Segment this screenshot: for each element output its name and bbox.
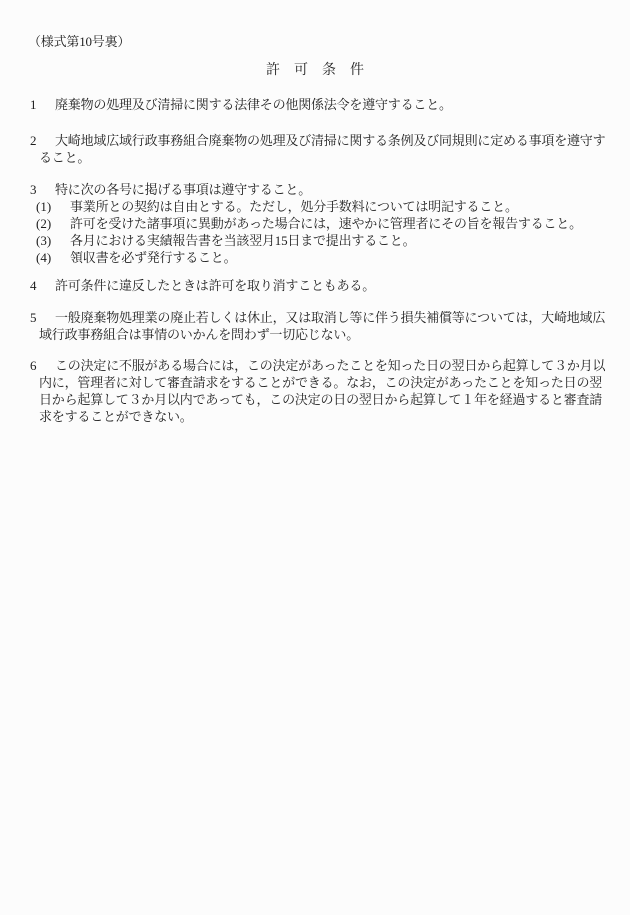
subitem-1: (1)事業所との契約は自由とする。ただし，処分手数料については明記すること。 [28, 198, 602, 215]
item-text-line: 求をすることができない。 [28, 408, 602, 425]
item-text-line: 一般廃棄物処理業の廃止若しくは休止，又は取消し等に伴う損失補償等については，大崎… [55, 310, 605, 325]
item-number: 2 [30, 132, 55, 149]
subitem-text: 各月における実績報告書を当該翌月15日まで提出すること。 [70, 233, 415, 248]
document-title: 許 可 条 件 [28, 62, 602, 80]
item-text-line: 特に次の各号に掲げる事項は遵守すること。 [55, 182, 311, 197]
item-text-line: 廃棄物の処理及び清掃に関する法律その他関係法令を遵守すること。 [55, 97, 452, 112]
item-text-line: 域行政事務組合は事情のいかんを問わず一切応じない。 [28, 326, 602, 343]
condition-item-2: 2大崎地域広域行政事務組合廃棄物の処理及び清掃に関する条例及び同規則に定める事項… [28, 132, 602, 166]
condition-item-6: 6この決定に不服がある場合には，この決定があったことを知った日の翌日から起算して… [28, 357, 602, 425]
condition-item-4: 4許可条件に違反したときは許可を取り消すこともある。 [28, 277, 602, 294]
form-label: （様式第10号裏） [28, 33, 602, 50]
subitem-number: (3) [36, 232, 70, 249]
condition-item-5: 5一般廃棄物処理業の廃止若しくは休止，又は取消し等に伴う損失補償等については，大… [28, 309, 602, 343]
item-text-line: この決定に不服がある場合には，この決定があったことを知った日の翌日から起算して３… [55, 358, 605, 373]
item-number: 1 [30, 96, 55, 113]
subitem-text: 事業所との契約は自由とする。ただし，処分手数料については明記すること。 [70, 199, 518, 214]
subitem-4: (4)領収書を必ず発行すること。 [28, 249, 602, 266]
subitem-3: (3)各月における実績報告書を当該翌月15日まで提出すること。 [28, 232, 602, 249]
item-text-line: 日から起算して３か月以内であっても，この決定の日の翌日から起算して１年を経過する… [28, 391, 602, 408]
item-number: 3 [30, 181, 55, 198]
subitem-number: (4) [36, 249, 70, 266]
item-text-line: 大崎地域広域行政事務組合廃棄物の処理及び清掃に関する条例及び同規則に定める事項を… [55, 133, 605, 148]
item-text-line: ること。 [28, 149, 602, 166]
subitem-2: (2)許可を受けた諸事項に異動があった場合には，速やかに管理者にその旨を報告する… [28, 215, 602, 232]
document-page: （様式第10号裏） 許 可 条 件 1廃棄物の処理及び清掃に関する法律その他関係… [0, 0, 630, 915]
subitem-number: (2) [36, 215, 70, 232]
item-number: 6 [30, 357, 55, 374]
item-number: 4 [30, 277, 55, 294]
condition-item-3: 3特に次の各号に掲げる事項は遵守すること。 (1)事業所との契約は自由とする。た… [28, 181, 602, 266]
subitem-number: (1) [36, 198, 70, 215]
subitem-text: 領収書を必ず発行すること。 [70, 250, 236, 265]
item-number: 5 [30, 309, 55, 326]
subitem-text: 許可を受けた諸事項に異動があった場合には，速やかに管理者にその旨を報告すること。 [70, 216, 582, 231]
item-text-line: 許可条件に違反したときは許可を取り消すこともある。 [55, 278, 375, 293]
condition-item-1: 1廃棄物の処理及び清掃に関する法律その他関係法令を遵守すること。 [28, 96, 602, 113]
item-text-line: 内に，管理者に対して審査請求をすることができる。なお，この決定があったことを知っ… [28, 374, 602, 391]
